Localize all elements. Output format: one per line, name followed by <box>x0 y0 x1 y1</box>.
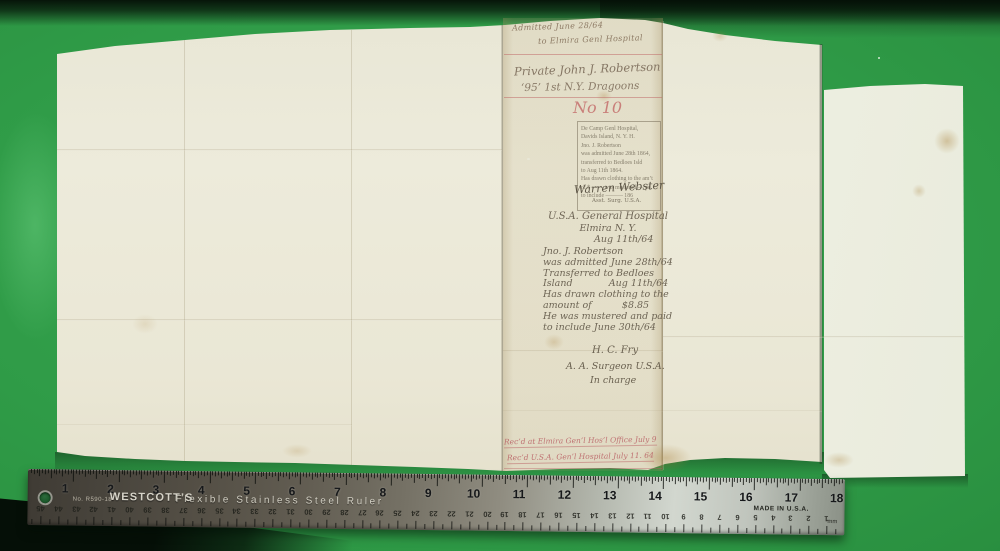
ruler-tick <box>540 522 541 530</box>
ruler-tick <box>255 519 256 527</box>
ruler-tick <box>799 479 800 491</box>
ruler-inch-number: 10 <box>467 487 481 501</box>
ruler-tick <box>607 476 608 483</box>
ruler-tick <box>609 476 610 480</box>
ruler-tick <box>669 477 670 482</box>
ruler-tick <box>241 472 242 476</box>
ruler-tick <box>581 476 582 480</box>
ruler-tick <box>689 477 690 481</box>
ruler-tick <box>207 471 208 475</box>
ruler-tick <box>314 473 315 477</box>
ruler-tick <box>317 523 318 528</box>
ruler-tick <box>295 472 296 477</box>
ruler-tick <box>754 478 755 490</box>
ruler-tick <box>797 479 798 483</box>
photo-stage: Admitted June 28/64 to Elmira Genl Hospi… <box>0 0 1000 551</box>
ruler-tick <box>835 529 836 534</box>
ruler-cm-number: 44 <box>54 504 62 513</box>
ruler-tick <box>800 529 801 534</box>
ruler-tick <box>165 518 166 526</box>
ruler-tick <box>499 475 500 480</box>
ruler-tick <box>595 476 596 485</box>
ruler-inch-number: 16 <box>739 490 753 504</box>
ruler-inch-number: 15 <box>694 489 708 503</box>
ruler-cm-number: 9 <box>681 512 685 521</box>
ruler-tick <box>82 470 83 474</box>
ruler-tick <box>428 474 429 478</box>
ruler-cm-number: 43 <box>72 505 80 514</box>
ruler-tick <box>782 478 783 483</box>
ruler-tick <box>726 478 727 483</box>
ruler-tick <box>514 525 515 530</box>
ruler-tick <box>175 471 176 478</box>
ruler-tick <box>122 470 123 474</box>
ruler-tick <box>397 474 398 479</box>
ruler-tick <box>460 524 461 529</box>
ruler-tick <box>90 470 91 475</box>
ruler-tick <box>121 520 122 525</box>
ruler-cm-number: 39 <box>143 505 151 514</box>
ruler-tick <box>828 479 829 484</box>
ruler-tick <box>130 470 131 477</box>
ruler-tick <box>734 478 735 482</box>
ruler-tick <box>354 473 355 477</box>
ruler-tick <box>666 477 667 481</box>
ruler-tick <box>331 473 332 477</box>
ruler-tick <box>672 477 673 481</box>
ruler-tick <box>388 474 389 478</box>
ruler-tick <box>192 521 193 526</box>
ruler-tick <box>53 469 54 473</box>
ruler-tick <box>93 470 94 474</box>
ruler-tick <box>819 479 820 483</box>
crease-left-lower <box>57 319 502 321</box>
letter-line: to include June 30th/64 <box>543 323 673 334</box>
ruler-cm-number: 36 <box>197 506 205 515</box>
ruler-tick <box>317 473 318 478</box>
ruler-tick <box>530 475 531 479</box>
ruler-cm-number: 31 <box>286 507 294 516</box>
ruler-inch-number: 12 <box>558 488 572 502</box>
ruler-tick <box>743 478 744 485</box>
ruler-tick <box>547 476 548 480</box>
ruler-tick <box>79 470 80 475</box>
ruler-tick <box>156 521 157 526</box>
ruler-tick <box>720 478 721 485</box>
letter-line: was admitted June 28th/64 <box>543 258 673 269</box>
ruler-tick <box>453 474 454 479</box>
ruler-hanging-hole <box>40 492 51 503</box>
ruler-tick <box>400 474 401 478</box>
ruler-tick <box>173 471 174 475</box>
ruler-cm-number: 32 <box>268 507 276 516</box>
ruler-tick <box>575 476 576 480</box>
ruler-cm-number: 5 <box>753 513 757 522</box>
ruler-tick <box>235 472 236 476</box>
ruler-cm-number: 14 <box>590 511 598 520</box>
ruler-tick <box>190 471 191 475</box>
ruler-tick <box>112 517 113 525</box>
ruler-tick <box>678 477 679 481</box>
ruler-tick <box>808 526 809 534</box>
ruler-inch-number: 14 <box>648 489 662 503</box>
ruler-tick <box>340 473 341 478</box>
ruler-tick <box>147 470 148 475</box>
ruler-tick <box>161 471 162 475</box>
ruler-tick <box>85 520 86 525</box>
ruler-tick <box>697 477 698 484</box>
ruler-tick <box>299 522 300 527</box>
ruler-tick <box>712 478 713 482</box>
ruler-tick <box>737 478 738 483</box>
ruler-tick <box>394 474 395 478</box>
ruler-model-number: No. R590-18 <box>73 497 113 503</box>
ruler-tick <box>490 475 491 479</box>
ruler-tick <box>48 469 49 473</box>
ruler-tick <box>592 476 593 480</box>
ruler-tick <box>465 474 466 479</box>
ruler-tick <box>541 475 542 479</box>
ruler-tick <box>67 519 68 524</box>
ruler-tick <box>785 479 786 483</box>
ruler-tick <box>710 528 711 533</box>
ruler-tick <box>85 470 86 477</box>
ruler-cm-number: 38 <box>161 506 169 515</box>
age-stain <box>282 444 312 458</box>
ruler-tick <box>184 471 185 475</box>
ruler-tick <box>107 470 108 477</box>
ruler-cm-number: 7 <box>717 513 721 522</box>
ruler-tick <box>94 517 95 525</box>
ruler-tick <box>719 525 720 533</box>
ruler-tick <box>246 522 247 527</box>
ruler-tick <box>269 472 270 476</box>
ruler-tick <box>680 477 681 482</box>
ruler-tick <box>343 473 344 477</box>
age-stain <box>934 128 960 154</box>
ruler-tick <box>639 527 640 532</box>
ruler-tick <box>657 527 658 532</box>
ruler-tick <box>258 472 259 476</box>
ruler-tick <box>802 479 803 483</box>
ruler-tick <box>533 475 534 480</box>
ruler-tick <box>590 476 591 481</box>
ruler-tick <box>110 470 111 474</box>
ruler-tick <box>615 476 616 480</box>
ruler-tick <box>652 477 653 484</box>
ruler-tick <box>663 477 664 489</box>
ruler-tick <box>377 473 378 477</box>
ruler-tick <box>674 527 675 532</box>
ruler-tick <box>147 518 148 526</box>
ruler-cm-number: 3 <box>789 514 793 523</box>
ruler-tick <box>289 472 290 479</box>
ruler-tick <box>774 478 775 482</box>
ruler-tick <box>731 478 732 487</box>
ruler-tick <box>539 475 540 482</box>
ruler-tick <box>811 479 812 486</box>
ruler-tick <box>794 479 795 484</box>
ruler-tick <box>519 475 520 479</box>
age-stain <box>912 184 926 198</box>
ruler-tick <box>436 474 437 486</box>
ruler-tick <box>303 472 304 476</box>
ruler-cm-number: 22 <box>447 509 455 518</box>
ruler-tick <box>448 474 449 481</box>
ruler-tick <box>363 473 364 478</box>
ruler-tick <box>782 528 783 533</box>
ruler-tick <box>755 525 756 533</box>
ruler-inch-number: 18 <box>830 491 844 505</box>
ruler-tick <box>462 474 463 478</box>
ruler-tick <box>383 473 384 477</box>
ruler-tick <box>521 475 522 480</box>
ruler-tick <box>170 471 171 476</box>
ruler-cm-number: 34 <box>233 507 241 516</box>
ruler-tick <box>103 520 104 525</box>
ruler-tick <box>831 479 832 483</box>
ruler-tick <box>389 524 390 529</box>
ruler-tick <box>788 479 789 486</box>
ruler-cm-number: 1 <box>824 514 828 523</box>
ruler-tick <box>39 469 40 476</box>
ruler-tick <box>398 521 399 529</box>
ruler-inch-number: 17 <box>785 491 799 505</box>
stamp-line: was admitted June 28th 1864, <box>581 150 657 158</box>
ruler-tick <box>391 474 392 486</box>
ruler-tick <box>558 476 559 480</box>
ruler-tick <box>102 470 103 475</box>
ruler-tick <box>127 470 128 474</box>
letter-signature-title: A. A. Surgeon U.S.A. <box>566 361 665 372</box>
ruler-cm-number: 27 <box>358 508 366 517</box>
ruler-tick <box>816 479 817 484</box>
ruler-tick <box>603 526 604 531</box>
ruler-tick <box>433 521 434 529</box>
ruler-tick <box>415 521 416 529</box>
ruler-cm-number: 45 <box>36 504 44 513</box>
ruler-tick <box>709 478 710 490</box>
ruler-tick <box>348 473 349 477</box>
ruler-tick <box>309 473 310 477</box>
ruler-tick <box>487 522 488 530</box>
ruler-tick <box>255 472 256 484</box>
ruler-tick <box>402 474 403 481</box>
ruler-tick <box>45 469 46 474</box>
ruler-tick <box>209 471 210 483</box>
ruler-tick <box>144 470 145 474</box>
ruler-tick <box>451 474 452 478</box>
ruler-tick <box>532 525 533 530</box>
ruler-tick <box>700 477 701 481</box>
ruler-inch-number: 9 <box>425 486 432 500</box>
ruler-cm-number: 19 <box>501 510 509 519</box>
ruler-cm-number: 30 <box>304 507 312 516</box>
ruler-tick <box>544 475 545 480</box>
ruler-tick <box>99 470 100 474</box>
ruler-tick <box>576 523 577 531</box>
ruler-tick <box>567 476 568 481</box>
ruler-tick <box>814 479 815 483</box>
ruler-made-in: MADE IN U.S.A. <box>754 505 809 513</box>
ruler-tick <box>641 477 642 486</box>
ruler-tick <box>425 474 426 481</box>
ruler-tick <box>237 519 238 527</box>
ruler-inch-number: 1 <box>62 481 69 495</box>
ruler-tick <box>822 479 823 488</box>
stamp-line: to Aug 11th 1864. <box>581 167 657 175</box>
ruler-tick <box>419 474 420 479</box>
ruler-tick <box>195 471 196 475</box>
ruler-cm-number: 6 <box>735 513 739 522</box>
ruler-tick <box>504 475 505 484</box>
ruler-tick <box>136 470 137 475</box>
ruler-cm-number: 26 <box>376 508 384 517</box>
ruler-tick <box>138 520 139 525</box>
ruler-tick <box>335 523 336 528</box>
ruler-cm-number: 2 <box>807 514 811 523</box>
ruler-tick <box>442 524 443 529</box>
ruler-tick <box>626 477 627 481</box>
ruler-tick <box>510 475 511 480</box>
red-rule <box>504 54 662 55</box>
ruler-tick <box>297 472 298 476</box>
ruler-tick <box>181 471 182 476</box>
ruler-tick <box>479 475 480 479</box>
ruler-tick <box>839 479 840 484</box>
age-stain <box>824 452 854 468</box>
stamp-line: Jno. J. Robertson <box>581 142 657 150</box>
letter-heading-2: Elmira N. Y. <box>548 223 668 234</box>
ruler-tick <box>836 479 837 483</box>
ruler-tick <box>561 476 562 483</box>
ruler-tick <box>153 471 154 478</box>
ruler-tick <box>496 525 497 530</box>
ruler-tick <box>701 524 702 532</box>
ruler-tick <box>141 470 142 479</box>
age-stain <box>132 314 158 334</box>
ruler-tick <box>648 524 649 532</box>
ruler-tick <box>505 522 506 530</box>
ruler-tick <box>105 470 106 474</box>
ruler-tick <box>116 470 117 474</box>
letter-date: Aug 11th/64 <box>594 234 653 245</box>
ruler-tick <box>638 477 639 481</box>
ruler-tick <box>380 520 381 528</box>
ruler-tick <box>567 526 568 531</box>
ruler-tick <box>473 475 474 479</box>
ruler-tick <box>842 479 843 483</box>
ruler-tick <box>768 478 769 482</box>
ruler-cm-number: 4 <box>771 513 775 522</box>
ruler-tick <box>612 476 613 481</box>
ruler-tick <box>226 471 227 476</box>
ruler-tick <box>192 471 193 476</box>
ruler-tick <box>424 524 425 529</box>
crease-left-low <box>57 424 352 426</box>
ruler-tick <box>817 529 818 534</box>
ruler-tick <box>414 474 415 483</box>
ruler-tick <box>692 527 693 532</box>
ruler-tick <box>502 475 503 479</box>
ruler-tick <box>119 470 120 482</box>
ruler-tick <box>717 478 718 482</box>
ruler-tick <box>272 472 273 477</box>
ruler-tick <box>224 471 225 475</box>
ruler-tick <box>411 474 412 478</box>
ruler-tick <box>40 516 41 524</box>
ruler-tick <box>468 475 469 479</box>
ruler-tick <box>360 473 361 477</box>
stamp-line: Davids Island, N. Y. H. <box>581 133 657 141</box>
ruler-tick <box>527 475 528 487</box>
ruler-tick <box>130 517 131 525</box>
ruler-cm-number: 8 <box>699 512 703 521</box>
ruler-tick <box>757 478 758 482</box>
ruler-tick <box>683 477 684 481</box>
ruler-tick <box>635 477 636 482</box>
ruler-tick <box>62 469 63 476</box>
ruler-tick <box>523 522 524 530</box>
ruler-tick <box>167 471 168 475</box>
ruler-inch-number: 11 <box>513 487 526 501</box>
ruler-tick <box>683 524 684 532</box>
ruler-cm-number: 10 <box>662 512 670 521</box>
ruler-cm-number: 20 <box>483 510 491 519</box>
ruler-tick <box>764 528 765 533</box>
page-gap-line <box>819 44 823 464</box>
ruler-tick <box>139 470 140 474</box>
ruler-tick <box>362 520 363 528</box>
ruler-tick <box>215 471 216 476</box>
ruler-tick <box>243 472 244 479</box>
ruler-tick <box>219 518 220 526</box>
ruler-tick <box>728 528 729 533</box>
ruler-tick <box>368 473 369 482</box>
ruler-tick <box>434 474 435 478</box>
ruler-tick <box>198 471 199 478</box>
ruler-tick <box>737 525 738 533</box>
ruler-tick <box>34 469 35 474</box>
ruler-tick <box>578 476 579 481</box>
ruler-tick <box>572 476 573 488</box>
crease-right <box>663 336 963 338</box>
ruler-tick <box>456 474 457 478</box>
ruler-tick <box>266 472 267 479</box>
ruler-tick <box>96 470 97 479</box>
ruler-tick <box>300 472 301 484</box>
ruler-tick <box>65 469 66 473</box>
ruler-tick <box>445 474 446 478</box>
ruler-cm-number: 18 <box>519 510 527 519</box>
ruler-tick <box>469 522 470 530</box>
ruler-tick <box>646 477 647 482</box>
letter-signature: H. C. Fry <box>592 345 638 356</box>
ruler-tick <box>621 526 622 531</box>
ruler-tick <box>76 517 77 525</box>
ruler-tick <box>729 478 730 482</box>
ruler-tick <box>751 478 752 482</box>
ruler-tick <box>326 473 327 477</box>
ruler-tick <box>232 472 233 481</box>
ruler-tick <box>281 522 282 527</box>
ruler-tick <box>323 473 324 482</box>
ruler-tick <box>320 473 321 477</box>
ruler-cm-number: 41 <box>108 505 116 514</box>
ruler-tick <box>406 524 407 529</box>
ruler-tick <box>187 471 188 480</box>
ruler-cm-number: 29 <box>322 508 330 517</box>
